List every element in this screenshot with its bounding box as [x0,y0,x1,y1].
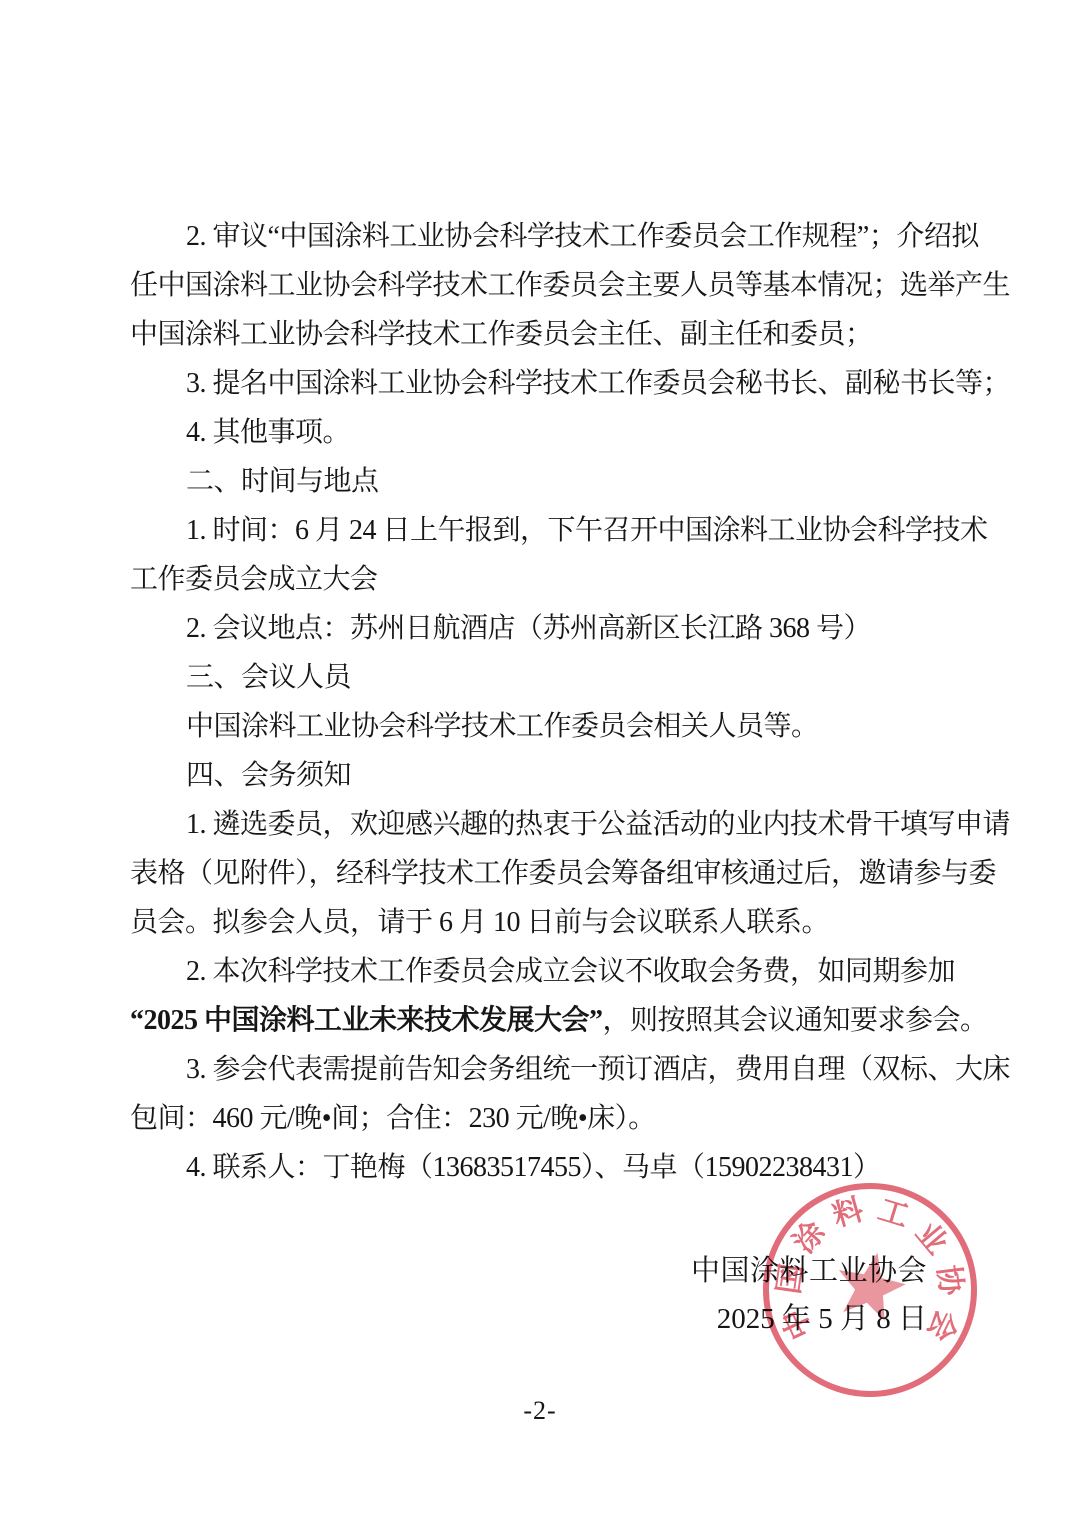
section-heading-notices: 四、会务须知 [130,751,966,800]
text-line: 2. 审议“中国涂料工业协会科学技术工作委员会工作规程”；介绍拟 [130,212,966,261]
text-line: 4. 其他事项。 [130,408,966,457]
text-line: 3. 参会代表需提前告知会务组统一预订酒店，费用自理（双标、大床 [130,1045,966,1094]
page-number: -2- [0,1396,1080,1426]
seal-char: 料 [829,1193,867,1233]
seal-star-icon [839,1253,906,1321]
text-line: 3. 提名中国涂料工业协会科学技术工作委员会秘书长、副秘书长等； [130,359,966,408]
seal-char: 中 [776,1303,819,1344]
text-line: 2. 本次科学技术工作委员会成立会议不收取会务费，如同期参加 [130,947,966,996]
section-heading-attendees: 三、会议人员 [130,653,966,702]
text-line: 2. 会议地点：苏州日航酒店（苏州高新区长江路 368 号） [130,604,966,653]
text-line: 员会。拟参会人员，请于 6 月 10 日前与会议联系人联系。 [130,898,966,947]
seal-char: 会 [920,1304,963,1345]
text-line: 表格（见附件），经科学技术工作委员会筹备组审核通过后，邀请参与委 [130,849,966,898]
seal-char: 协 [931,1263,968,1298]
section-heading-time-location: 二、时间与地点 [130,457,966,506]
text-line: 中国涂料工业协会科学技术工作委员会相关人员等。 [130,702,966,751]
text-segment: ，则按照其会议通知要求参会。 [603,1005,988,1036]
text-line: 任中国涂料工业协会科学技术工作委员会主要人员等基本情况；选举产生 [130,261,966,310]
document-page: 2. 审议“中国涂料工业协会科学技术工作委员会工作规程”；介绍拟 任中国涂料工业… [0,0,1080,1527]
seal-char: 工 [874,1193,912,1233]
official-seal: 中 国 涂 料 工 业 协 会 [758,1178,982,1402]
document-body: 2. 审议“中国涂料工业协会科学技术工作委员会工作规程”；介绍拟 任中国涂料工业… [130,212,966,1192]
text-line: 中国涂料工业协会科学技术工作委员会主任、副主任和委员； [130,310,966,359]
text-line: 工作委员会成立大会 [130,555,966,604]
text-line: 包间：460 元/晚•间；合住：230 元/晚•床）。 [130,1094,966,1143]
conference-name-bold: “2025 中国涂料工业未来技术发展大会” [130,1005,603,1036]
text-line: 1. 遴选委员，欢迎感兴趣的热衷于公益活动的业内技术骨干填写申请 [130,800,966,849]
seal-char: 国 [772,1262,809,1296]
text-line: 1. 时间：6 月 24 日上午报到，下午召开中国涂料工业协会科学技术 [130,506,966,555]
text-line: “2025 中国涂料工业未来技术发展大会”，则按照其会议通知要求参会。 [130,996,966,1045]
